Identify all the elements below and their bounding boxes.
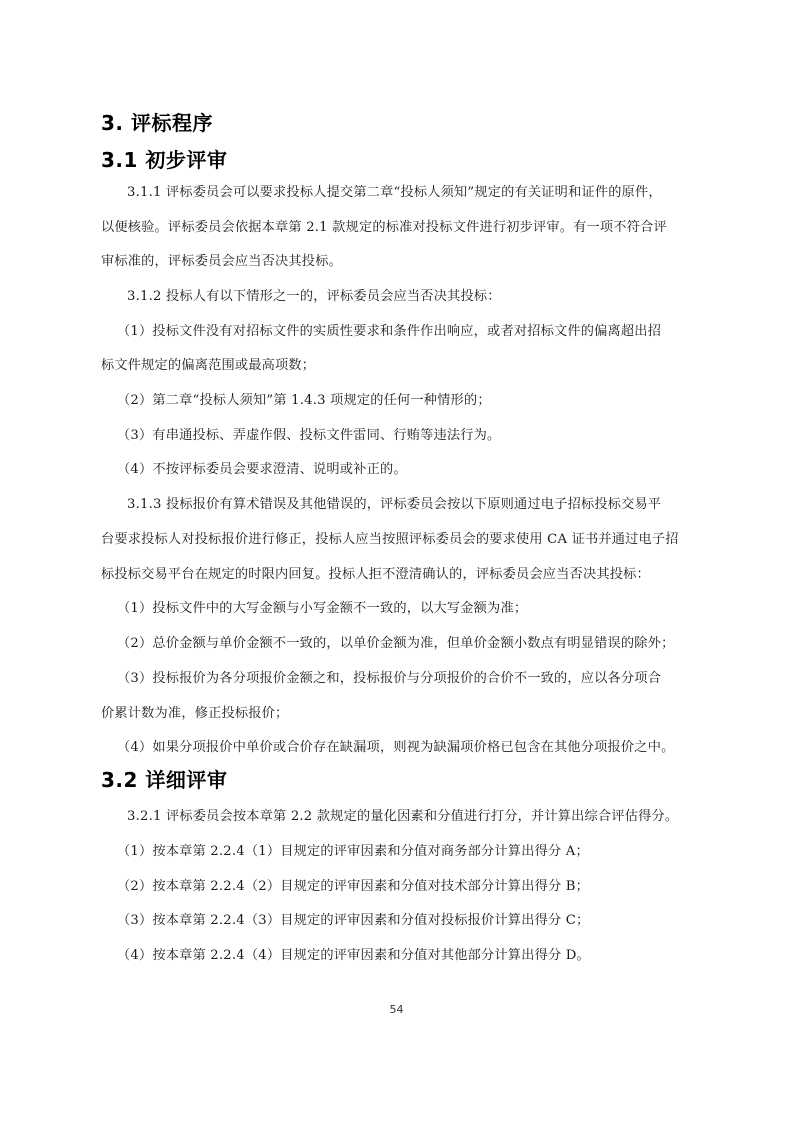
document-page: 3. 评标程序 3.1 初步评审 3.1.1 评标委员会可以要求投标人提交第二章… xyxy=(0,0,793,1122)
list-item: （4）如果分项报价中单价或合价存在缺漏项，则视为缺漏项价格已包含在其他分项报价之… xyxy=(117,736,674,755)
list-item: （4）不按评标委员会要求澄清、说明或补正的。 xyxy=(117,458,407,477)
list-item: （1）按本章第 2.2.4（1）目规定的评审因素和分值对商务部分计算出得分 A； xyxy=(117,840,589,859)
section-heading: 3. 评标程序 xyxy=(101,107,213,136)
subsection-heading-3-1: 3.1 初步评审 xyxy=(101,144,227,173)
paragraph-line: 3.1.3 投标报价有算术错误及其他错误的，评标委员会按以下原则通过电子招标投标… xyxy=(127,493,661,512)
paragraph-line: 价累计数为准，修正投标报价； xyxy=(101,702,288,721)
list-item: （1）投标文件中的大写金额与小写金额不一致的，以大写金额为准； xyxy=(117,597,527,616)
subsection-heading-3-2: 3.2 详细评审 xyxy=(101,764,227,793)
paragraph-line: 标文件规定的偏离范围或最高项数； xyxy=(101,354,315,373)
paragraph-line: 审标准的，评标委员会应当否决其投标。 xyxy=(101,250,342,269)
list-item: （4）按本章第 2.2.4（4）目规定的评审因素和分值对其他部分计算出得分 D。 xyxy=(117,944,590,963)
paragraph-line: 3.1.1 评标委员会可以要求投标人提交第二章“投标人须知”规定的有关证明和证件… xyxy=(127,181,662,200)
paragraph-line: 3.2.1 评标委员会按本章第 2.2 款规定的量化因素和分值进行打分，并计算出… xyxy=(127,805,678,824)
list-item: （3）投标报价为各分项报价金额之和，投标报价与分项报价的合价不一致的，应以各分项… xyxy=(117,667,661,686)
paragraph-line: 以便核验。评标委员会依据本章第 2.1 款规定的标准对投标文件进行初步评审。有一… xyxy=(101,216,667,235)
list-item: （2）总价金额与单价金额不一致的，以单价金额为准，但单价金额小数点有明显错误的除… xyxy=(117,632,674,651)
list-item: （2）按本章第 2.2.4（2）目规定的评审因素和分值对技术部分计算出得分 B； xyxy=(117,875,589,894)
list-item: （3）有串通投标、弄虚作假、投标文件雷同、行贿等违法行为。 xyxy=(117,424,500,443)
paragraph-line: 3.1.2 投标人有以下情形之一的，评标委员会应当否决其投标： xyxy=(127,285,501,304)
page-number: 54 xyxy=(0,1003,793,1016)
list-item: （1）投标文件没有对招标文件的实质性要求和条件作出响应，或者对招标文件的偏离超出… xyxy=(117,320,661,339)
list-item: （2）第二章“投标人须知”第 1.4.3 项规定的任何一种情形的； xyxy=(117,389,491,408)
paragraph-line: 标投标交易平台在规定的时限内回复。投标人拒不澄清确认的，评标委员会应当否决其投标… xyxy=(101,563,650,582)
paragraph-line: 台要求投标人对投标报价进行修正，投标人应当按照评标委员会的要求使用 CA 证书并… xyxy=(101,528,679,547)
list-item: （3）按本章第 2.2.4（3）目规定的评审因素和分值对投标报价计算出得分 C； xyxy=(117,909,589,928)
